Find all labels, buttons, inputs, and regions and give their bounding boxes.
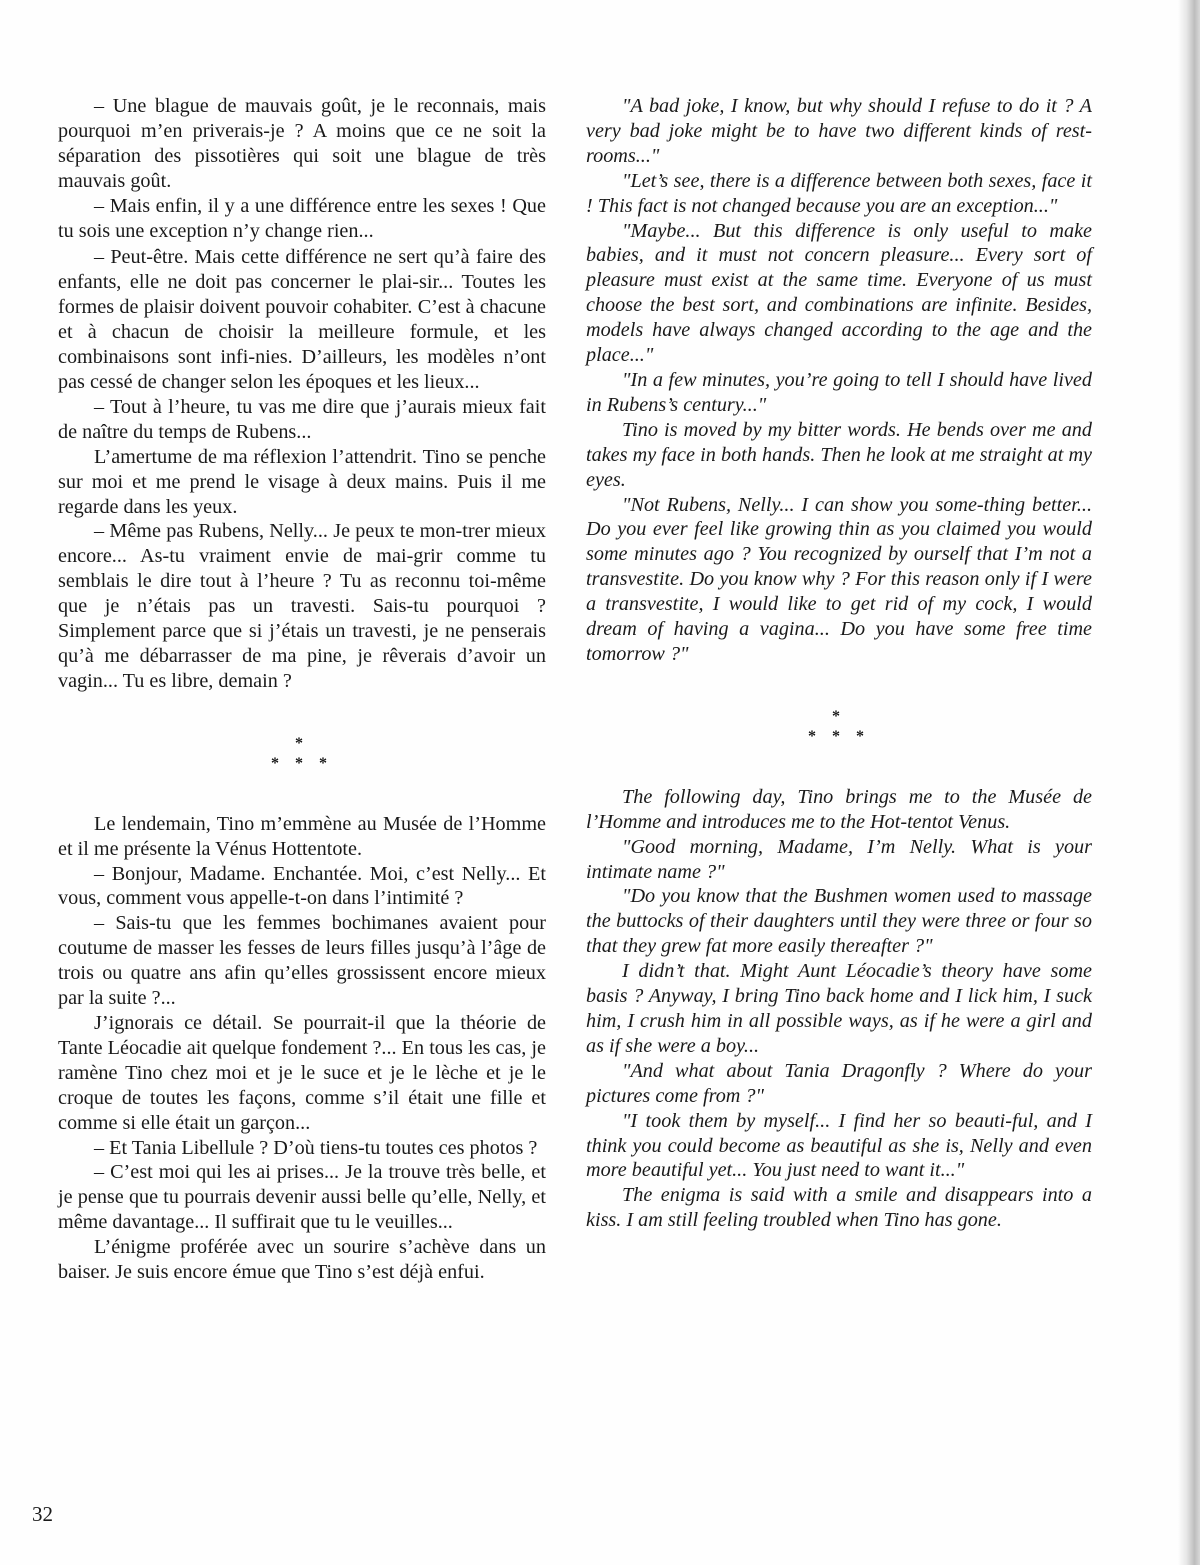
paragraph: – Sais-tu que les femmes bochimanes avai… bbox=[58, 911, 546, 1011]
paragraph: – Peut-être. Mais cette différence ne se… bbox=[58, 245, 546, 394]
paragraph: "Do you know that the Bushmen women used… bbox=[586, 884, 1092, 959]
paragraph: – Et Tania Libellule ? D’où tiens-tu tou… bbox=[58, 1136, 546, 1161]
section-break-bottom: * * * bbox=[586, 727, 1092, 747]
paragraph: Le lendemain, Tino m’emmène au Musée de … bbox=[58, 812, 546, 862]
paragraph: "Let’s see, there is a difference betwee… bbox=[586, 169, 1092, 219]
book-page: – Une blague de mauvais goût, je le reco… bbox=[0, 0, 1200, 1565]
paragraph: "Not Rubens, Nelly... I can show you som… bbox=[586, 493, 1092, 667]
paragraph: "Maybe... But this difference is only us… bbox=[586, 219, 1092, 368]
paragraph: L’énigme proférée avec un sourire s’achè… bbox=[58, 1235, 546, 1285]
paragraph: – Tout à l’heure, tu vas me dire que j’a… bbox=[58, 395, 546, 445]
paragraph: The enigma is said with a smile and disa… bbox=[586, 1183, 1092, 1233]
paragraph: J’ignorais ce détail. Se pourrait-il que… bbox=[58, 1011, 546, 1136]
section-break-bottom: * * * bbox=[58, 754, 546, 774]
paragraph: – Bonjour, Madame. Enchantée. Moi, c’est… bbox=[58, 862, 546, 912]
section-break: * * * * bbox=[58, 734, 546, 774]
paragraph: "A bad joke, I know, but why should I re… bbox=[586, 94, 1092, 169]
paragraph: L’amertume de ma réflexion l’attendrit. … bbox=[58, 445, 546, 520]
paragraph: – Même pas Rubens, Nelly... Je peux te m… bbox=[58, 519, 546, 693]
book-spine-shadow bbox=[1178, 0, 1200, 1565]
paragraph: I didn’t that. Might Aunt Léocadie’s the… bbox=[586, 959, 1092, 1059]
paragraph: "And what about Tania Dragonfly ? Where … bbox=[586, 1059, 1092, 1109]
paragraph: "Good morning, Madame, I’m Nelly. What i… bbox=[586, 835, 1092, 885]
paragraph: The following day, Tino brings me to the… bbox=[586, 785, 1092, 835]
french-column: – Une blague de mauvais goût, je le reco… bbox=[58, 94, 546, 1285]
paragraph: – Mais enfin, il y a une différence entr… bbox=[58, 194, 546, 244]
page-number: 32 bbox=[32, 1502, 53, 1527]
section-break-top: * bbox=[58, 734, 546, 754]
paragraph: Tino is moved by my bitter words. He ben… bbox=[586, 418, 1092, 493]
paragraph: – C’est moi qui les ai prises... Je la t… bbox=[58, 1160, 546, 1235]
paragraph: "I took them by myself... I find her so … bbox=[586, 1109, 1092, 1184]
section-break-top: * bbox=[586, 707, 1092, 727]
paragraph: "In a few minutes, you’re going to tell … bbox=[586, 368, 1092, 418]
section-break: * * * * bbox=[586, 707, 1092, 747]
paragraph: – Une blague de mauvais goût, je le reco… bbox=[58, 94, 546, 194]
english-column: "A bad joke, I know, but why should I re… bbox=[586, 94, 1092, 1233]
